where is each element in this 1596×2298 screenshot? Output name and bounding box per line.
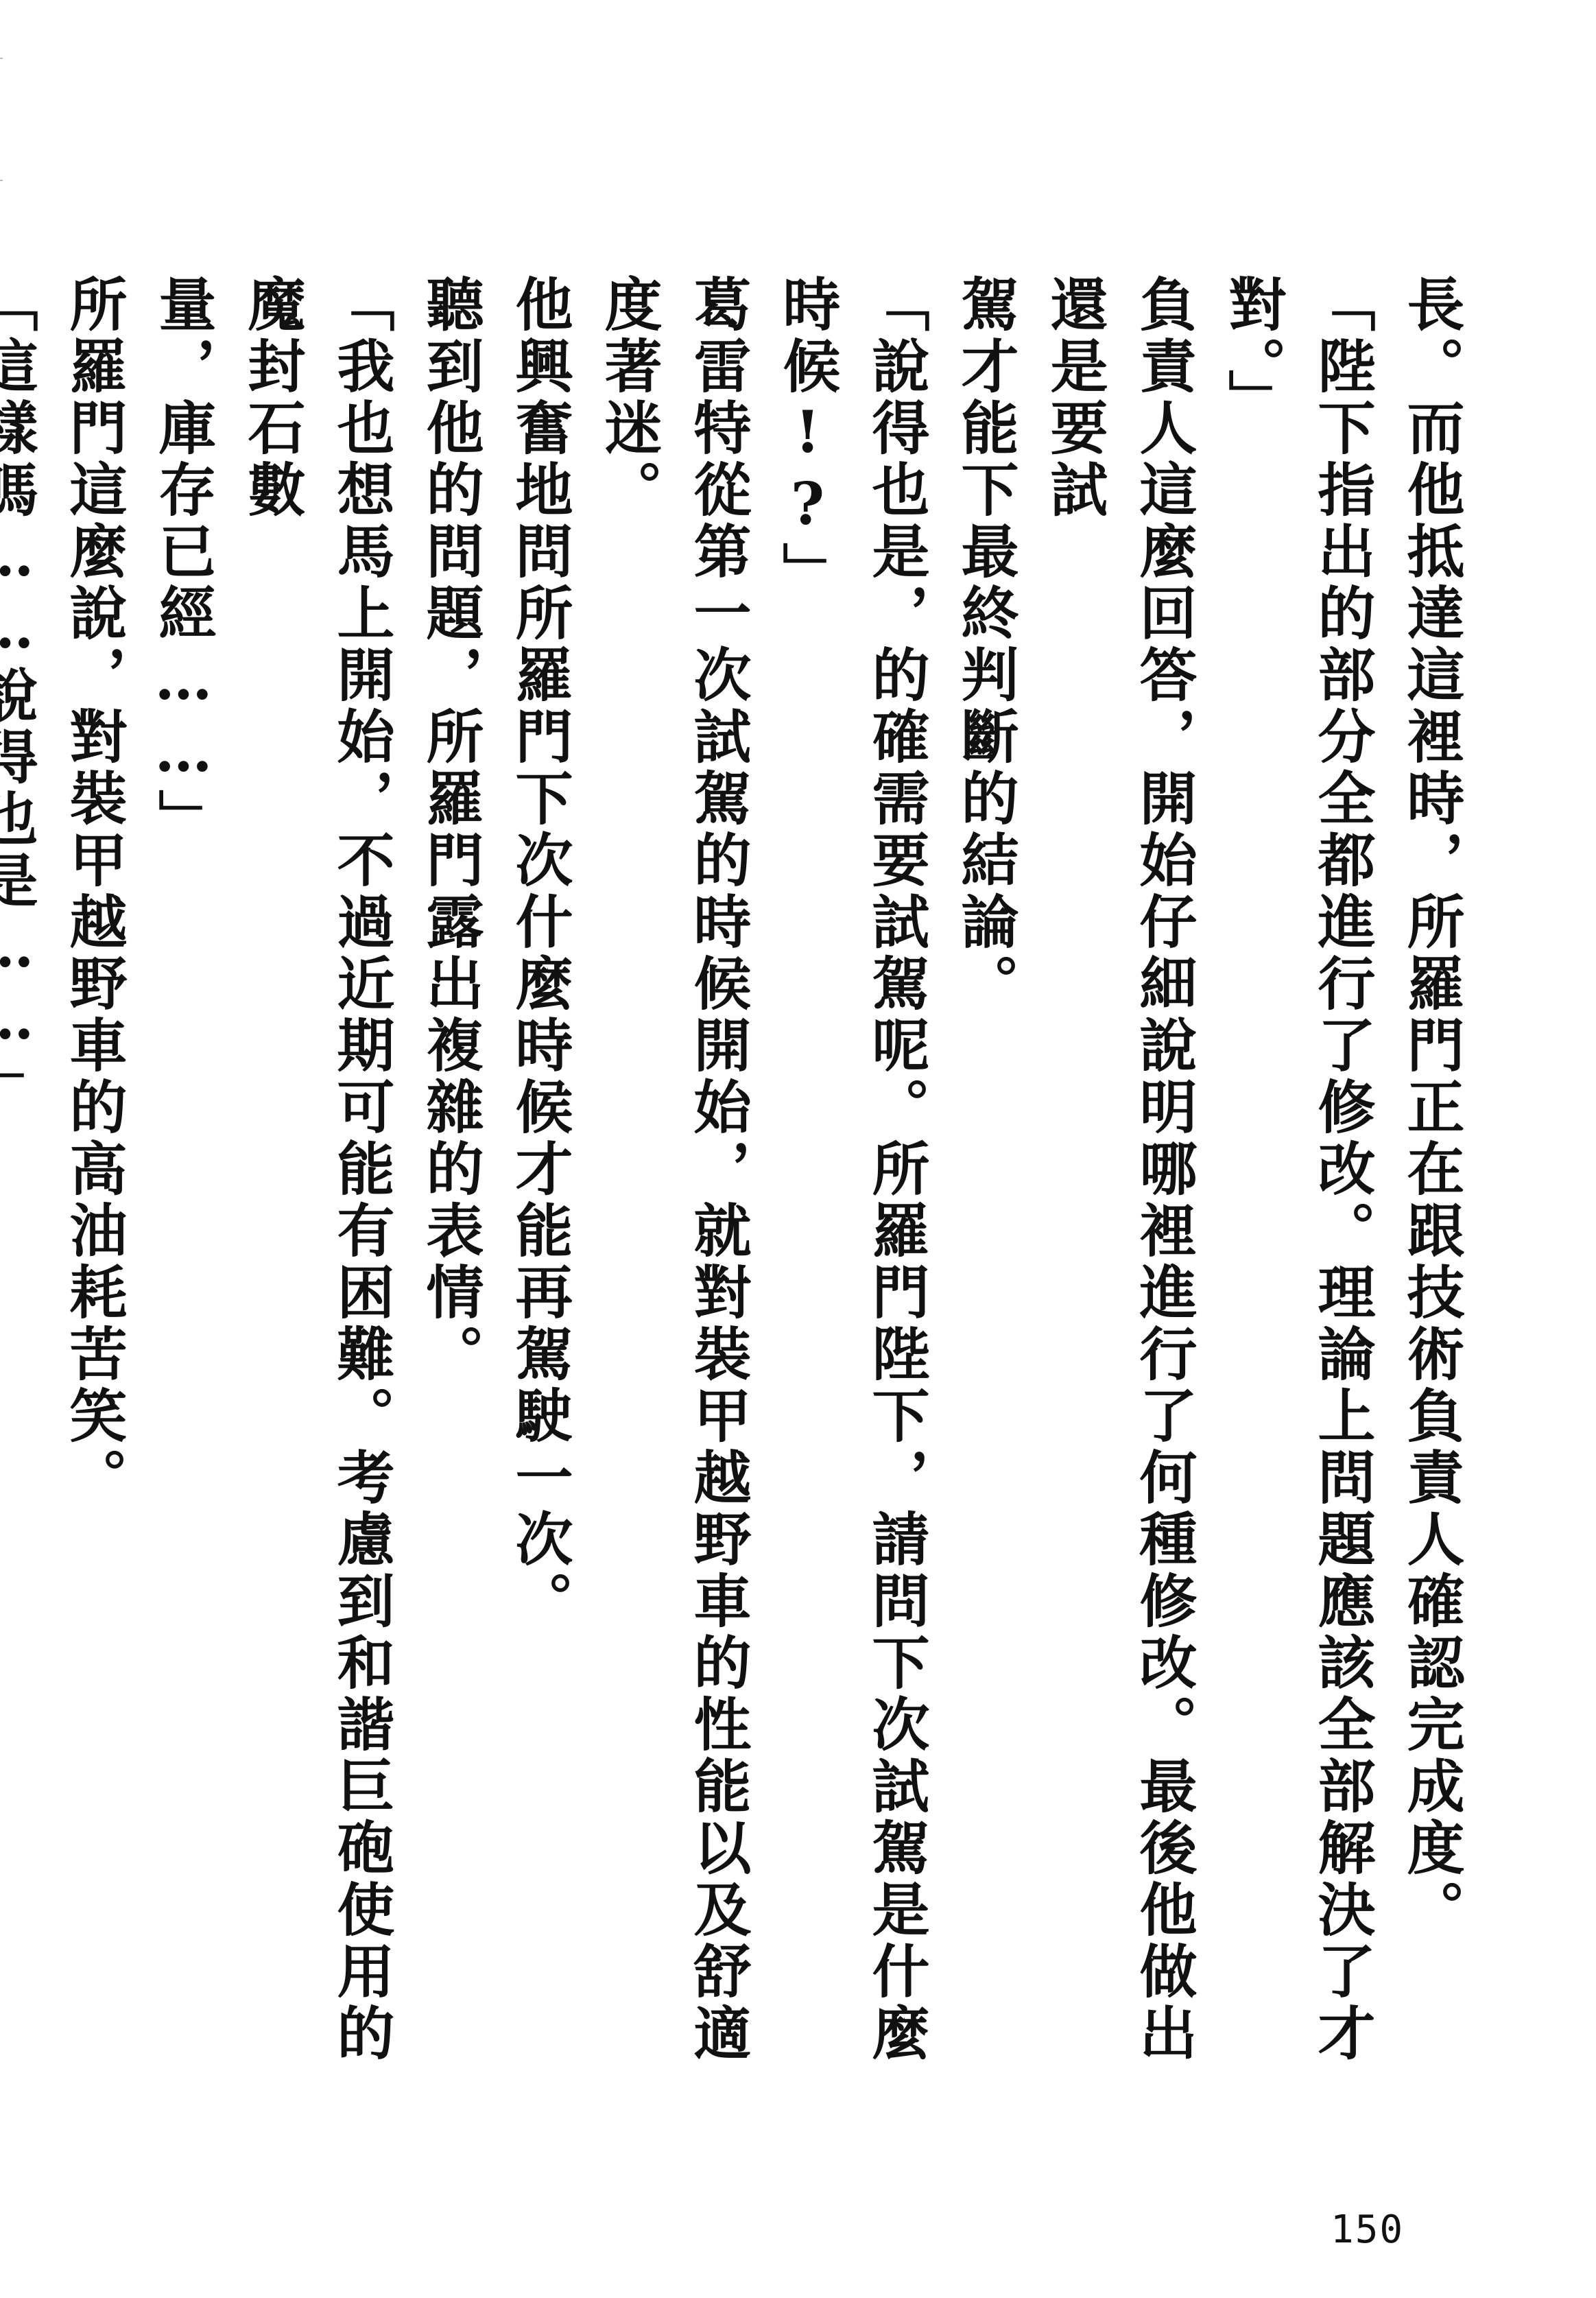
paragraph-continuation: 長。而他抵達這裡時，所羅門正在跟技術負責人確認完成度。 bbox=[1387, 274, 1476, 2085]
narration-line: 他興奮地問所羅門下次什麼時候才能再駕駛一次。 bbox=[495, 274, 584, 2085]
narration-line: 所羅門這麼說，對裝甲越野車的高油耗苦笑。 bbox=[49, 274, 139, 2085]
vertical-body-text: 長。而他抵達這裡時，所羅門正在跟技術負責人確認完成度。 「陛下指出的部分全都進行… bbox=[0, 274, 1476, 2085]
narration-line: 葛雷特從第一次試駕的時候開始，就對裝甲越野車的性能以及舒適度著迷。 bbox=[584, 274, 763, 2085]
scan-artifact bbox=[0, 58, 3, 59]
page-number: 150 bbox=[1331, 2207, 1404, 2252]
narration-line: 駕才能下最終判斷的結論。 bbox=[941, 274, 1030, 2085]
narration-line: 聽到他的問題，所羅門露出複雜的表情。 bbox=[406, 274, 495, 2085]
dialogue-line: 「我也想馬上開始，不過近期可能有困難。考慮到和諧巨砲使用的魔封石數 bbox=[228, 274, 406, 2085]
dialogue-line: 「說得也是，的確需要試駕呢。所羅門陛下，請問下次試駕是什麼時候!?」 bbox=[763, 274, 941, 2085]
dialogue-line: 量，庫存已經……」 bbox=[139, 274, 228, 2085]
book-page: 長。而他抵達這裡時，所羅門正在跟技術負責人確認完成度。 「陛下指出的部分全都進行… bbox=[0, 0, 1596, 2298]
dialogue-line: 「陛下指出的部分全都進行了修改。理論上問題應該全部解決了才對。」 bbox=[1208, 274, 1387, 2085]
dialogue-line: 「這樣嗎……說得也是……」 bbox=[0, 274, 49, 2085]
narration-line: 負責人這麼回答，開始仔細說明哪裡進行了何種修改。最後他做出還是要試 bbox=[1030, 274, 1208, 2085]
scan-artifact bbox=[0, 180, 3, 181]
